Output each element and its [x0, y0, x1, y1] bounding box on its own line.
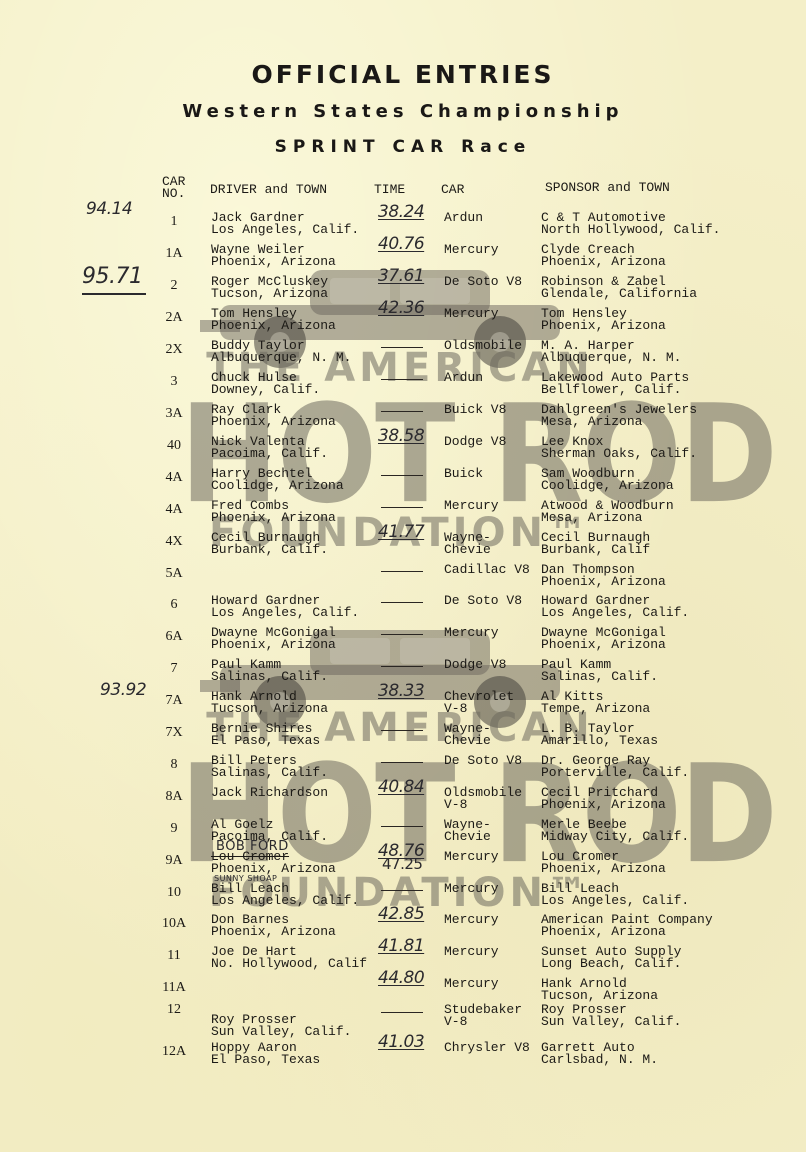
- car-make-line2: V-8: [444, 703, 467, 715]
- sponsor-town: Phoenix, Arizona: [541, 320, 666, 332]
- car-number: 10: [150, 887, 198, 899]
- handwritten-time: 41.03: [378, 1032, 424, 1052]
- car-make: Mercury: [444, 244, 499, 256]
- car-make: Mercury: [444, 978, 499, 990]
- column-header-driver: DRIVER and TOWN: [210, 184, 327, 196]
- document-page: THE AMERICAN HOT ROD FOUNDATION™ THE AME…: [0, 0, 806, 1152]
- handwritten-time-secondary: 47.25: [382, 855, 422, 873]
- sponsor-town: Tempe, Arizona: [541, 703, 650, 715]
- sponsor-town: Phoenix, Arizona: [541, 256, 666, 268]
- driver-town: Phoenix, Arizona: [211, 512, 336, 524]
- time-blank-line: [381, 666, 423, 667]
- driver-town: No. Hollywood, Calif: [211, 958, 367, 970]
- time-blank-line: [381, 571, 423, 572]
- car-make: Cadillac V8: [444, 564, 530, 576]
- sponsor-town: Porterville, Calif.: [541, 767, 689, 779]
- sponsor-town: Amarillo, Texas: [541, 735, 658, 747]
- driver-town: Coolidge, Arizona: [211, 480, 344, 492]
- table-row: 4XCecil BurnaughBurbank, Calif.41.77Wayn…: [0, 532, 806, 564]
- car-number: 7A: [150, 695, 198, 707]
- car-number: 7X: [150, 727, 198, 739]
- table-row: 5ACadillac V8Dan ThompsonPhoenix, Arizon…: [0, 564, 806, 596]
- car-make: Chrysler V8: [444, 1042, 530, 1054]
- sponsor-town: Glendale, California: [541, 288, 697, 300]
- time-blank-line: [381, 730, 423, 731]
- car-number: 1A: [150, 248, 198, 260]
- handwritten-time: 37.61: [378, 266, 424, 286]
- car-number: 4A: [150, 504, 198, 516]
- time-blank-line: [381, 634, 423, 635]
- sponsor-town: Salinas, Calif.: [541, 671, 658, 683]
- driver-town: Phoenix, Arizona: [211, 320, 336, 332]
- column-header-car: CAR: [441, 184, 464, 196]
- handwritten-margin-note: 93.92: [100, 680, 146, 700]
- car-make: Mercury: [444, 883, 499, 895]
- car-make: Mercury: [444, 914, 499, 926]
- table-row: 11A44.80MercuryHank ArnoldTucson, Arizon…: [0, 978, 806, 1010]
- driver-town: Albuquerque, N. M.: [211, 352, 351, 364]
- time-blank-line: [381, 475, 423, 476]
- time-blank-line: [381, 762, 423, 763]
- car-number: 3A: [150, 408, 198, 420]
- sponsor-town: North Hollywood, Calif.: [541, 224, 720, 236]
- car-number: 11: [150, 950, 198, 962]
- time-blank-line: [381, 890, 423, 891]
- driver-town: Phoenix, Arizona: [211, 416, 336, 428]
- car-number: 12A: [150, 1046, 198, 1058]
- car-make: Mercury: [444, 851, 499, 863]
- table-row: 4AHarry BechtelCoolidge, ArizonaBuickSam…: [0, 468, 806, 500]
- column-header-sponsor: SPONSOR and TOWN: [545, 182, 670, 194]
- car-make: Oldsmobile: [444, 340, 522, 352]
- sponsor-town: Phoenix, Arizona: [541, 799, 666, 811]
- car-make-line2: Chevie: [444, 831, 491, 843]
- time-blank-line: [381, 1012, 423, 1013]
- car-make-line2: Chevie: [444, 544, 491, 556]
- driver-town: Phoenix, Arizona: [211, 256, 336, 268]
- car-make: Buick: [444, 468, 483, 480]
- car-number: 6A: [150, 631, 198, 643]
- driver-town: Phoenix, Arizona: [211, 639, 336, 651]
- sponsor-town: Phoenix, Arizona: [541, 926, 666, 938]
- sponsor-town: Phoenix, Arizona: [541, 576, 666, 588]
- driver-town: Sun Valley, Calif.: [211, 1026, 351, 1038]
- handwritten-time: 38.33: [378, 681, 424, 701]
- driver-town: Phoenix, Arizona: [211, 926, 336, 938]
- driver-town: Salinas, Calif.: [211, 767, 328, 779]
- driver-town: Burbank, Calif.: [211, 544, 328, 556]
- driver-town: Tucson, Arizona: [211, 703, 328, 715]
- car-make: Mercury: [444, 946, 499, 958]
- sponsor-town: Tucson, Arizona: [541, 990, 658, 1002]
- page-title: OFFICIAL ENTRIES: [0, 60, 806, 89]
- car-make: Dodge V8: [444, 659, 506, 671]
- car-make-line2: Chevie: [444, 735, 491, 747]
- race-title: SPRINT CAR Race: [0, 137, 806, 157]
- car-number: 11A: [150, 982, 198, 994]
- table-row: 6ADwayne McGonigalPhoenix, ArizonaMercur…: [0, 627, 806, 659]
- sponsor-town: Sherman Oaks, Calif.: [541, 448, 697, 460]
- car-make: Ardun: [444, 212, 483, 224]
- table-row: 2XBuddy TaylorAlbuquerque, N. M.Oldsmobi…: [0, 340, 806, 372]
- car-number: 10A: [150, 918, 198, 930]
- car-number: 9: [150, 823, 198, 835]
- sponsor-town: Carlsbad, N. M.: [541, 1054, 658, 1066]
- table-row: 2ATom HensleyPhoenix, Arizona42.36Mercur…: [0, 308, 806, 340]
- car-make: Mercury: [444, 627, 499, 639]
- driver-town: El Paso, Texas: [211, 1054, 320, 1066]
- table-row: 6Howard GardnerLos Angeles, Calif.De Sot…: [0, 595, 806, 627]
- driver-town: Los Angeles, Calif.: [211, 895, 359, 907]
- handwritten-time: 41.81: [378, 936, 424, 956]
- car-number: 12: [150, 1004, 198, 1016]
- car-number: 4X: [150, 536, 198, 548]
- car-number: 2A: [150, 312, 198, 324]
- table-row: 9ALou CromerPhoenix, ArizonaBOB FORDSUNN…: [0, 851, 806, 883]
- driver-town: Los Angeles, Calif.: [211, 607, 359, 619]
- sponsor-town: Coolidge, Arizona: [541, 480, 674, 492]
- car-number: 9A: [150, 855, 198, 867]
- column-header-time: TIME: [374, 184, 405, 196]
- car-make: Dodge V8: [444, 436, 506, 448]
- car-number: 6: [150, 599, 198, 611]
- column-header-car-no: CAR NO.: [162, 176, 185, 200]
- time-blank-line: [381, 347, 423, 348]
- page-subtitle: Western States Championship: [0, 101, 806, 122]
- car-make: De Soto V8: [444, 595, 522, 607]
- sponsor-town: Mesa, Arizona: [541, 512, 642, 524]
- car-make: De Soto V8: [444, 276, 522, 288]
- sponsor-town: Long Beach, Calif.: [541, 958, 681, 970]
- time-blank-line: [381, 602, 423, 603]
- sponsor-town: Bellflower, Calif.: [541, 384, 681, 396]
- time-blank-line: [381, 826, 423, 827]
- car-number: 3: [150, 376, 198, 388]
- car-number: 4A: [150, 472, 198, 484]
- car-number: 8A: [150, 791, 198, 803]
- car-make: Buick V8: [444, 404, 506, 416]
- table-row: 3Chuck HulseDowney, Calif.ArdunLakewood …: [0, 372, 806, 404]
- driver-town: Salinas, Calif.: [211, 671, 328, 683]
- handwritten-driver-correction: BOB FORD: [216, 839, 289, 854]
- car-number: 5A: [150, 568, 198, 580]
- table-row: 40Nick ValentaPacoima, Calif.38.58Dodge …: [0, 436, 806, 468]
- table-row: 12AHoppy AaronEl Paso, Texas41.03Chrysle…: [0, 1042, 806, 1074]
- car-number: 7: [150, 663, 198, 675]
- car-number: 8: [150, 759, 198, 771]
- sponsor-town: Los Angeles, Calif.: [541, 607, 689, 619]
- handwritten-time: 42.36: [378, 298, 424, 318]
- table-row: 8AJack Richardson40.84OldsmobileV-8Cecil…: [0, 787, 806, 819]
- handwritten-time: 42.85: [378, 904, 424, 924]
- car-make: Mercury: [444, 500, 499, 512]
- handwritten-margin-note: 95.71: [82, 264, 146, 295]
- sponsor-town: Albuquerque, N. M.: [541, 352, 681, 364]
- driver-town: Pacoima, Calif.: [211, 448, 328, 460]
- time-blank-line: [381, 507, 423, 508]
- sponsor-town: Mesa, Arizona: [541, 416, 642, 428]
- handwritten-time: 38.24: [378, 202, 424, 222]
- car-number: 2X: [150, 344, 198, 356]
- car-make-line2: V-8: [444, 799, 467, 811]
- sponsor-town: Burbank, Calif: [541, 544, 650, 556]
- sponsor-town: Los Angeles, Calif.: [541, 895, 689, 907]
- driver-town: El Paso, Texas: [211, 735, 320, 747]
- car-make: De Soto V8: [444, 755, 522, 767]
- time-blank-line: [381, 411, 423, 412]
- car-number: 40: [150, 440, 198, 452]
- handwritten-time: 40.84: [378, 777, 424, 797]
- driver-town: Los Angeles, Calif.: [211, 224, 359, 236]
- driver-town: Tucson, Arizona: [211, 288, 328, 300]
- car-make: Ardun: [444, 372, 483, 384]
- handwritten-time: 44.80: [378, 968, 424, 988]
- driver-town: Downey, Calif.: [211, 384, 320, 396]
- handwritten-time: 41.77: [378, 522, 424, 542]
- car-make-line2: V-8: [444, 1016, 467, 1028]
- table-row: 7XBernie ShiresEl Paso, TexasWayne-Chevi…: [0, 723, 806, 755]
- sponsor-town: Midway City, Calif.: [541, 831, 689, 843]
- handwritten-time: 38.58: [378, 426, 424, 446]
- sponsor-town: Sun Valley, Calif.: [541, 1016, 681, 1028]
- car-number: 1: [150, 216, 198, 228]
- driver-name: Jack Richardson: [211, 787, 328, 799]
- time-blank-line: [381, 379, 423, 380]
- car-make: Mercury: [444, 308, 499, 320]
- car-number: 2: [150, 280, 198, 292]
- sponsor-town: Phoenix, Arizona: [541, 639, 666, 651]
- sponsor-town: Phoenix, Arizona: [541, 863, 666, 875]
- handwritten-time: 40.76: [378, 234, 424, 254]
- handwritten-margin-note: 94.14: [86, 199, 132, 219]
